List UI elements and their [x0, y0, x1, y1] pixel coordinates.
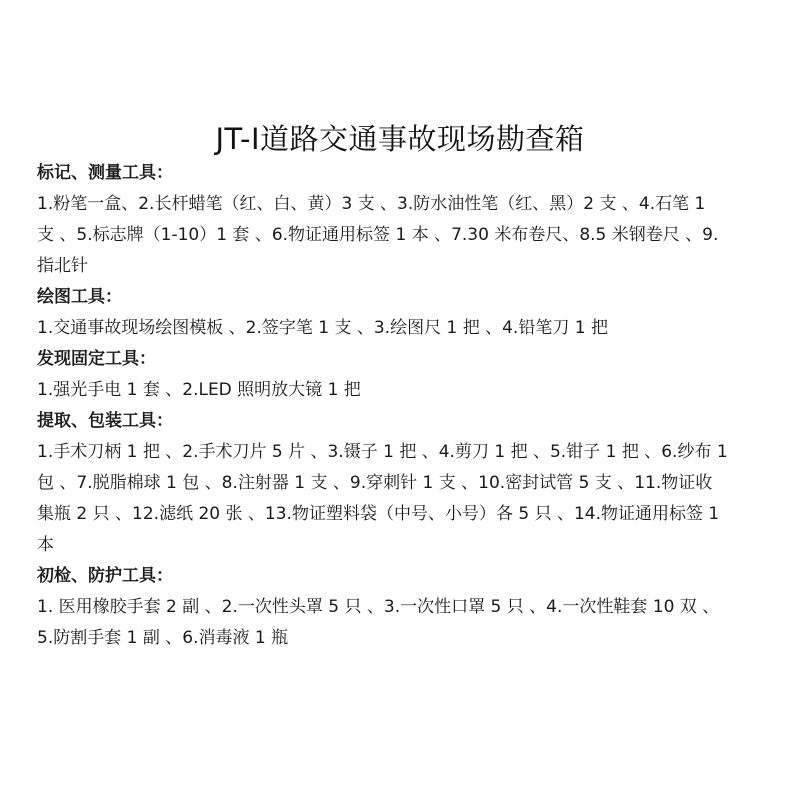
section-text-line: 1.粉笔一盒、2.长杆蜡笔（红、白、黄）3 支 、3.防水油性笔（红、黑）2 支…: [37, 189, 777, 220]
section-discovery-fixing: 发现固定工具： 1.强光手电 1 套 、2.LED 照明放大镜 1 把: [37, 344, 777, 406]
section-heading: 发现固定工具：: [37, 344, 777, 375]
section-text-line: 支 、5.标志牌（1-10）1 套 、6.物证通用标签 1 本 、7.30 米布…: [37, 220, 777, 251]
tool-list: 标记、测量工具： 1.粉笔一盒、2.长杆蜡笔（红、白、黄）3 支 、3.防水油性…: [37, 158, 777, 654]
section-text-line: 本: [37, 530, 777, 561]
section-heading: 初检、防护工具：: [37, 561, 777, 592]
section-marking-measuring: 标记、测量工具： 1.粉笔一盒、2.长杆蜡笔（红、白、黄）3 支 、3.防水油性…: [37, 158, 777, 282]
section-heading: 提取、包装工具：: [37, 406, 777, 437]
section-inspection-protection: 初检、防护工具： 1. 医用橡胶手套 2 副 、2.一次性头罩 5 只 、3.一…: [37, 561, 777, 654]
section-text-line: 1.强光手电 1 套 、2.LED 照明放大镜 1 把: [37, 375, 777, 406]
section-heading: 标记、测量工具：: [37, 158, 777, 189]
section-extraction-packaging: 提取、包装工具： 1.手术刀柄 1 把 、2.手术刀片 5 片 、3.镊子 1 …: [37, 406, 777, 561]
page-title: JT-Ⅰ道路交通事故现场勘查箱: [0, 117, 800, 158]
section-heading: 绘图工具：: [37, 282, 777, 313]
section-text-line: 1.交通事故现场绘图模板 、2.签字笔 1 支 、3.绘图尺 1 把 、4.铅笔…: [37, 313, 777, 344]
section-text-line: 1. 医用橡胶手套 2 副 、2.一次性头罩 5 只 、3.一次性口罩 5 只 …: [37, 592, 777, 623]
section-text-line: 5.防割手套 1 副 、6.消毒液 1 瓶: [37, 623, 777, 654]
section-drawing: 绘图工具： 1.交通事故现场绘图模板 、2.签字笔 1 支 、3.绘图尺 1 把…: [37, 282, 777, 344]
section-text-line: 1.手术刀柄 1 把 、2.手术刀片 5 片 、3.镊子 1 把 、4.剪刀 1…: [37, 437, 777, 468]
section-text-line: 指北针: [37, 251, 777, 282]
section-text-line: 包 、7.脱脂棉球 1 包 、8.注射器 1 支 、9.穿刺针 1 支 、10.…: [37, 468, 777, 499]
section-text-line: 集瓶 2 只 、12.滤纸 20 张 、13.物证塑料袋（中号、小号）各 5 只…: [37, 499, 777, 530]
